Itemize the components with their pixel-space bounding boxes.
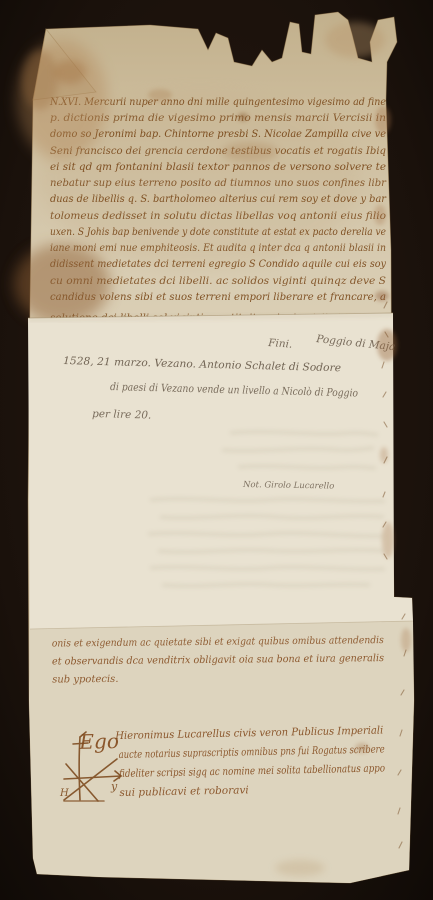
act-line: duas de libellis q. S. bartholomeo alter… [50, 194, 387, 205]
act-line: Seni francisco dei grencia cerdone testi… [50, 146, 386, 157]
act-line: uxen. S Johis bap benivende y dote const… [50, 227, 386, 238]
closing-line: sub ypotecis. [52, 674, 118, 686]
act-line: tolomeus dedisset in solutu dictas libel… [50, 211, 386, 222]
notary-mark-letter-h: H [59, 788, 69, 799]
archive-photo-stage: N.XVI. Mercurii nuper anno dni mille qui… [0, 0, 433, 900]
place-note: Fini. [267, 337, 293, 351]
notary-mark-staff [79, 737, 80, 800]
manuscript-photo: N.XVI. Mercurii nuper anno dni mille qui… [0, 0, 433, 900]
act-line: ei sit qd qm fontanini blasii textor pan… [50, 162, 386, 173]
notary-mark-cross-arm [73, 743, 88, 744]
notary-name-note: Not. Girolo Lucarello [242, 480, 334, 492]
act-line: iane moni emi nue emphiteosis. Et audita… [50, 243, 386, 254]
notary-mark-letter-y: y [110, 780, 118, 793]
summary-note-line: per lire 20. [92, 408, 152, 422]
act-line: nebatur sup eius terreno posito ad tiumn… [50, 178, 387, 189]
